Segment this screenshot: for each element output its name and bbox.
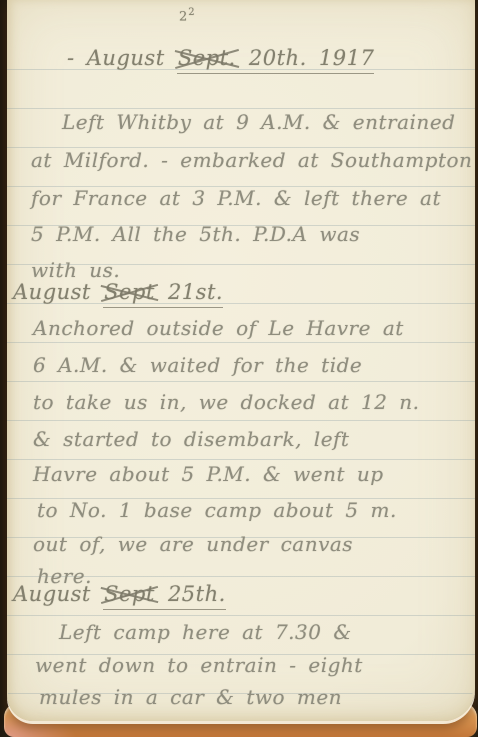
entry-line: to take us in, we docked at 12 n. xyxy=(33,392,420,412)
struck-month: Sept. xyxy=(177,48,237,69)
entry-line: Left camp here at 7.30 & xyxy=(59,622,352,642)
heading-prefix: August xyxy=(13,280,103,304)
heading-date: 21st. xyxy=(156,280,223,304)
entry-heading-aug25: August Sept 25th. xyxy=(13,584,226,605)
entry-line: at Milford. - embarked at Southampton xyxy=(31,150,472,170)
page-number-digit: 2 xyxy=(179,9,188,24)
entry-line: & started to disembark, left xyxy=(33,429,349,449)
page-number: 22 xyxy=(179,8,196,23)
entry-line: went down to entrain - eight xyxy=(35,655,363,675)
entry-line: for France at 3 P.M. & left there at xyxy=(31,188,441,208)
entry-line: mules in a car & two men xyxy=(39,687,342,707)
heading-date: 25th. xyxy=(156,582,226,606)
entry-heading-aug21: August Sept 21st. xyxy=(13,282,223,303)
entry-line: with us. xyxy=(31,260,120,280)
struck-month: Sept xyxy=(103,584,156,605)
entry-line: to No. 1 base camp about 5 m. xyxy=(37,500,397,520)
entry-line: Anchored outside of Le Havre at xyxy=(33,318,404,338)
heading-prefix: August xyxy=(13,582,103,606)
heading-date: 20th. 1917 xyxy=(237,46,375,70)
struck-month: Sept xyxy=(103,282,156,303)
heading-prefix: - August xyxy=(67,46,177,70)
entry-line: Left Whitby at 9 A.M. & entrained xyxy=(62,112,455,132)
entry-line: out of, we are under canvas xyxy=(33,534,353,554)
notebook-photo: 22 - August Sept. 20th. 1917 Left Whitby… xyxy=(0,0,478,737)
diary-page: 22 - August Sept. 20th. 1917 Left Whitby… xyxy=(7,0,475,721)
entry-heading-aug20: - August Sept. 20th. 1917 xyxy=(67,48,374,69)
entry-line: 5 P.M. All the 5th. P.D.A was xyxy=(31,224,360,244)
page-number-superscript: 2 xyxy=(188,7,195,18)
entry-line: 6 A.M. & waited for the tide xyxy=(33,355,362,375)
entry-line: Havre about 5 P.M. & went up xyxy=(33,464,384,484)
